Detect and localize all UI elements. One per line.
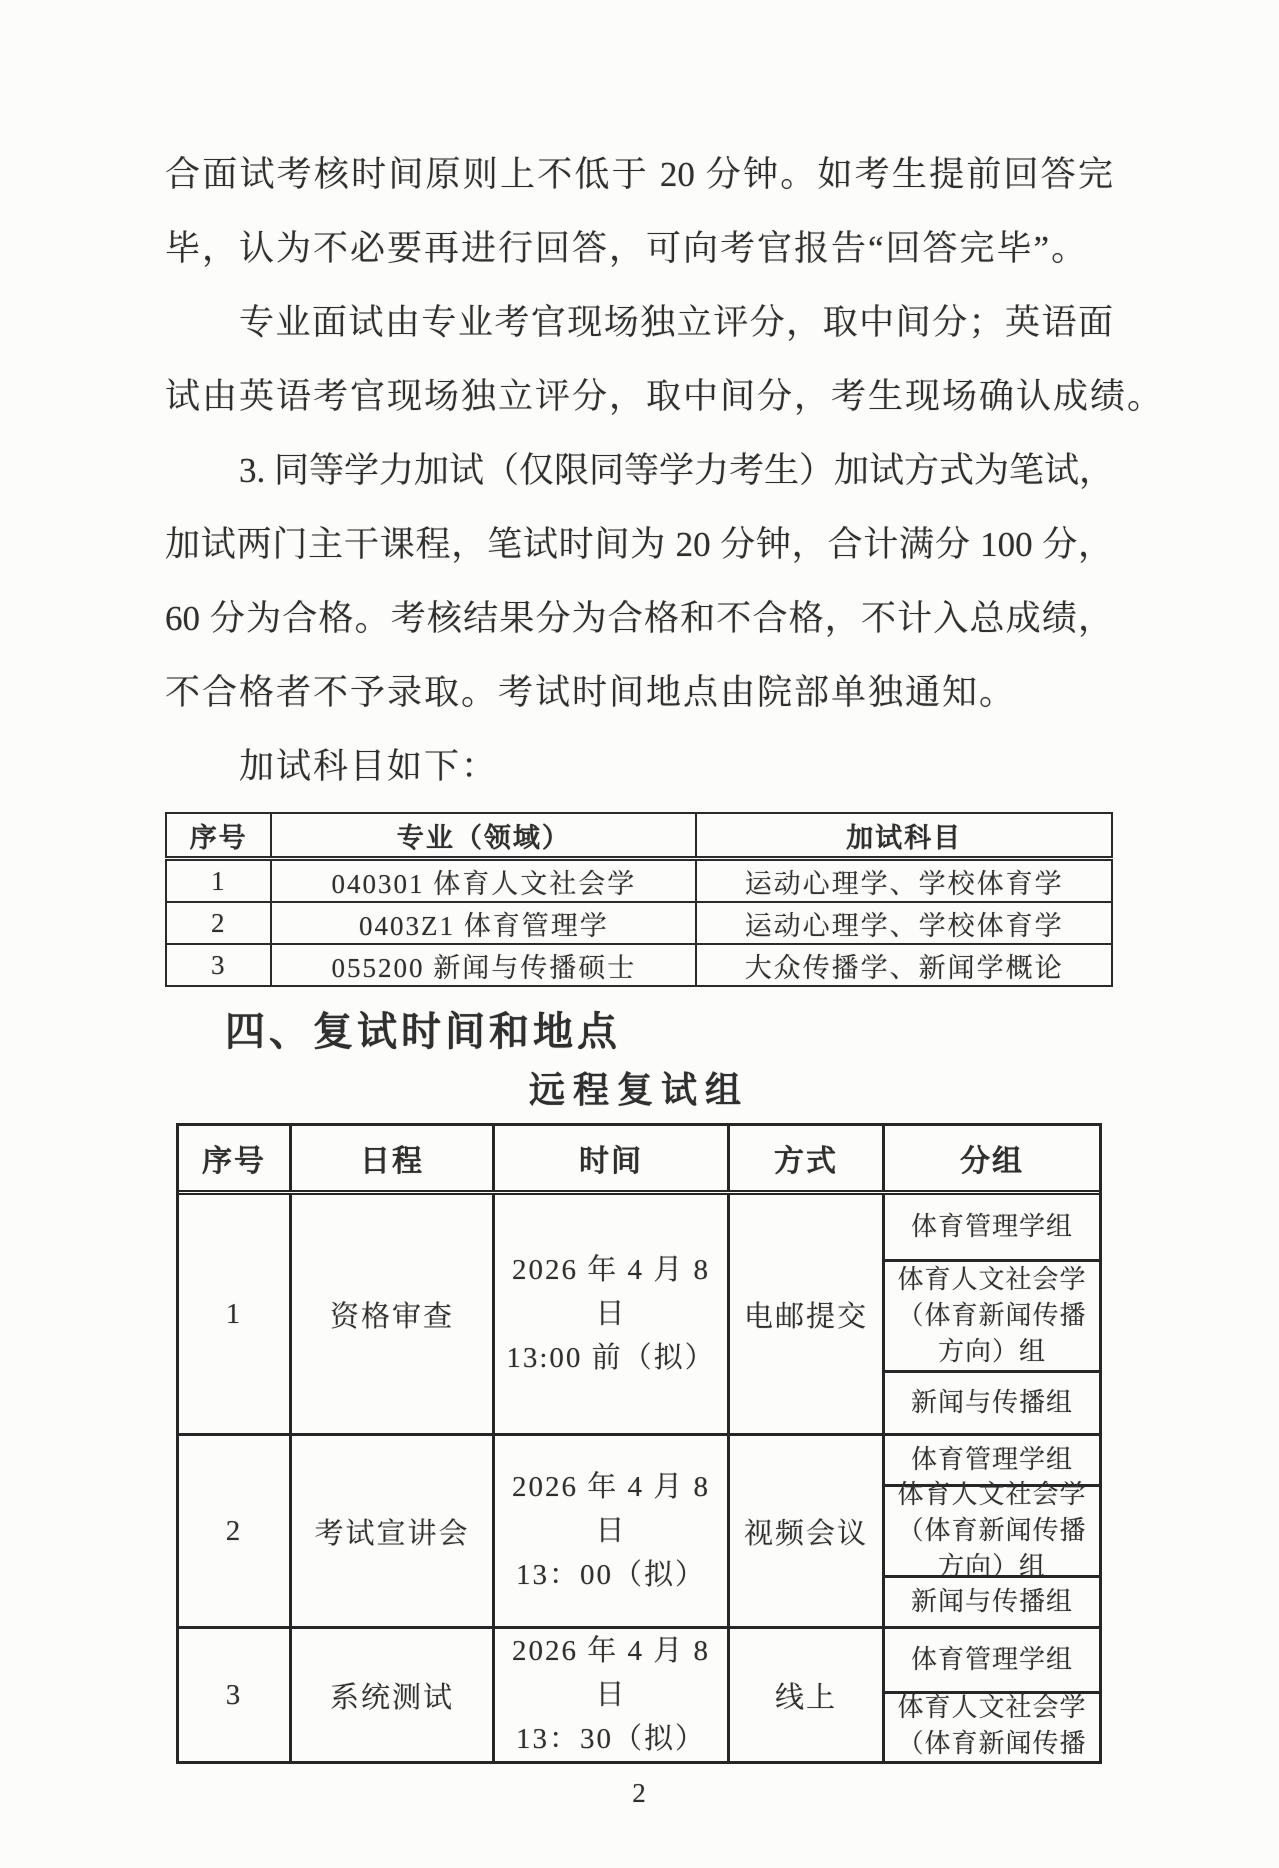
group-subcell: 体育人文社会学 （体育新闻传播 方向）组 — [885, 1259, 1099, 1370]
group-subcell: 体育管理学组 — [885, 1629, 1099, 1691]
table2-cell-schedule: 资格审查 — [292, 1195, 495, 1433]
body-line: 合面试考核时间原则上不低于 20 分钟。如考生提前回答完 — [165, 138, 1113, 212]
table2-cell-no: 1 — [179, 1195, 292, 1433]
group-subcell: 新闻与传播组 — [885, 1370, 1099, 1433]
table1-header-major: 专业（领域） — [271, 813, 696, 859]
table2-cell-groups: 体育管理学组 体育人文社会学 （体育新闻传播 方向）组 新闻与传播组 — [885, 1436, 1099, 1626]
table1-cell-no: 2 — [166, 902, 271, 944]
table2-header-schedule: 日程 — [292, 1126, 495, 1190]
table1-header: 序号 专业（领域） 加试科目 — [166, 813, 1112, 859]
table2-header-row: 序号 日程 时间 方式 分组 — [179, 1126, 1099, 1195]
body-line: 毕，认为不必要再进行回答，可向考官报告“回答完毕”。 — [165, 212, 1113, 286]
table2-cell-time: 2026 年 4 月 8 日 13：30（拟） — [495, 1629, 730, 1761]
body-line: 3. 同等学力加试（仅限同等学力考生）加试方式为笔试， — [165, 434, 1113, 508]
body-line: 专业面试由专业考官现场独立评分，取中间分；英语面 — [165, 286, 1113, 360]
table1-cell-subjects: 大众传播学、新闻学概论 — [696, 944, 1112, 986]
table2-header-no: 序号 — [179, 1126, 292, 1190]
table2-cell-schedule: 考试宣讲会 — [292, 1436, 495, 1626]
table1-header-row: 序号 专业（领域） 加试科目 — [166, 813, 1112, 859]
table1-header-subjects: 加试科目 — [696, 813, 1112, 859]
group-subcell: 体育人文社会学 （体育新闻传播 — [885, 1691, 1099, 1758]
table1-cell-major: 040301 体育人文社会学 — [271, 859, 696, 903]
table2-cell-method: 电邮提交 — [730, 1195, 885, 1433]
table1-header-no: 序号 — [166, 813, 271, 859]
table-row: 1 资格审查 2026 年 4 月 8 日 13:00 前（拟） 电邮提交 体育… — [179, 1195, 1099, 1433]
table2-header-method: 方式 — [730, 1126, 885, 1190]
table2-title: 远程复试组 — [165, 1069, 1113, 1111]
group-subcell: 体育管理学组 — [885, 1195, 1099, 1259]
table-row: 1 040301 体育人文社会学 运动心理学、学校体育学 — [166, 859, 1112, 903]
group-subcell: 新闻与传播组 — [885, 1575, 1099, 1626]
table1-body: 1 040301 体育人文社会学 运动心理学、学校体育学 2 0403Z1 体育… — [166, 859, 1112, 987]
table2-cell-groups: 体育管理学组 体育人文社会学 （体育新闻传播 — [885, 1629, 1099, 1761]
table2-cell-groups: 体育管理学组 体育人文社会学 （体育新闻传播 方向）组 新闻与传播组 — [885, 1195, 1099, 1433]
table2-cell-no: 3 — [179, 1629, 292, 1761]
page-content: 合面试考核时间原则上不低于 20 分钟。如考生提前回答完 毕，认为不必要再进行回… — [0, 0, 1279, 1809]
table1-cell-subjects: 运动心理学、学校体育学 — [696, 859, 1112, 903]
additional-test-subjects-table: 序号 专业（领域） 加试科目 1 040301 体育人文社会学 运动心理学、学校… — [165, 812, 1113, 987]
table2-cell-time: 2026 年 4 月 8 日 13:00 前（拟） — [495, 1195, 730, 1433]
page-number: 2 — [165, 1778, 1113, 1809]
table-row: 3 系统测试 2026 年 4 月 8 日 13：30（拟） 线上 体育管理学组… — [179, 1626, 1099, 1761]
body-line: 试由英语考官现场独立评分，取中间分，考生现场确认成绩。 — [165, 360, 1113, 434]
table2-cell-method: 视频会议 — [730, 1436, 885, 1626]
table2-cell-method: 线上 — [730, 1629, 885, 1761]
table1-cell-no: 3 — [166, 944, 271, 986]
table-row: 2 考试宣讲会 2026 年 4 月 8 日 13：00（拟） 视频会议 体育管… — [179, 1433, 1099, 1626]
table1-cell-no: 1 — [166, 859, 271, 903]
table2-header-time: 时间 — [495, 1126, 730, 1190]
section-heading: 四、复试时间和地点 — [165, 1009, 1113, 1055]
table1-cell-major: 055200 新闻与传播硕士 — [271, 944, 696, 986]
table-row: 2 0403Z1 体育管理学 运动心理学、学校体育学 — [166, 902, 1112, 944]
table1-cell-subjects: 运动心理学、学校体育学 — [696, 902, 1112, 944]
body-line: 不合格者不予录取。考试时间地点由院部单独通知。 — [165, 656, 1113, 730]
body-line: 加试科目如下： — [165, 730, 1113, 804]
group-subcell: 体育人文社会学 （体育新闻传播 方向）组 — [885, 1484, 1099, 1575]
body-line: 60 分为合格。考核结果分为合格和不合格，不计入总成绩， — [165, 582, 1113, 656]
remote-retest-schedule-table: 序号 日程 时间 方式 分组 1 资格审查 2026 年 4 月 8 日 13:… — [176, 1123, 1102, 1764]
body-line: 加试两门主干课程，笔试时间为 20 分钟，合计满分 100 分， — [165, 508, 1113, 582]
scanned-document-page: 合面试考核时间原则上不低于 20 分钟。如考生提前回答完 毕，认为不必要再进行回… — [0, 0, 1279, 1868]
table2-cell-no: 2 — [179, 1436, 292, 1626]
table2-cell-schedule: 系统测试 — [292, 1629, 495, 1761]
table2-header-group: 分组 — [885, 1126, 1099, 1190]
table1-cell-major: 0403Z1 体育管理学 — [271, 902, 696, 944]
table2-cell-time: 2026 年 4 月 8 日 13：00（拟） — [495, 1436, 730, 1626]
body-text: 合面试考核时间原则上不低于 20 分钟。如考生提前回答完 毕，认为不必要再进行回… — [165, 0, 1113, 804]
table-row: 3 055200 新闻与传播硕士 大众传播学、新闻学概论 — [166, 944, 1112, 986]
